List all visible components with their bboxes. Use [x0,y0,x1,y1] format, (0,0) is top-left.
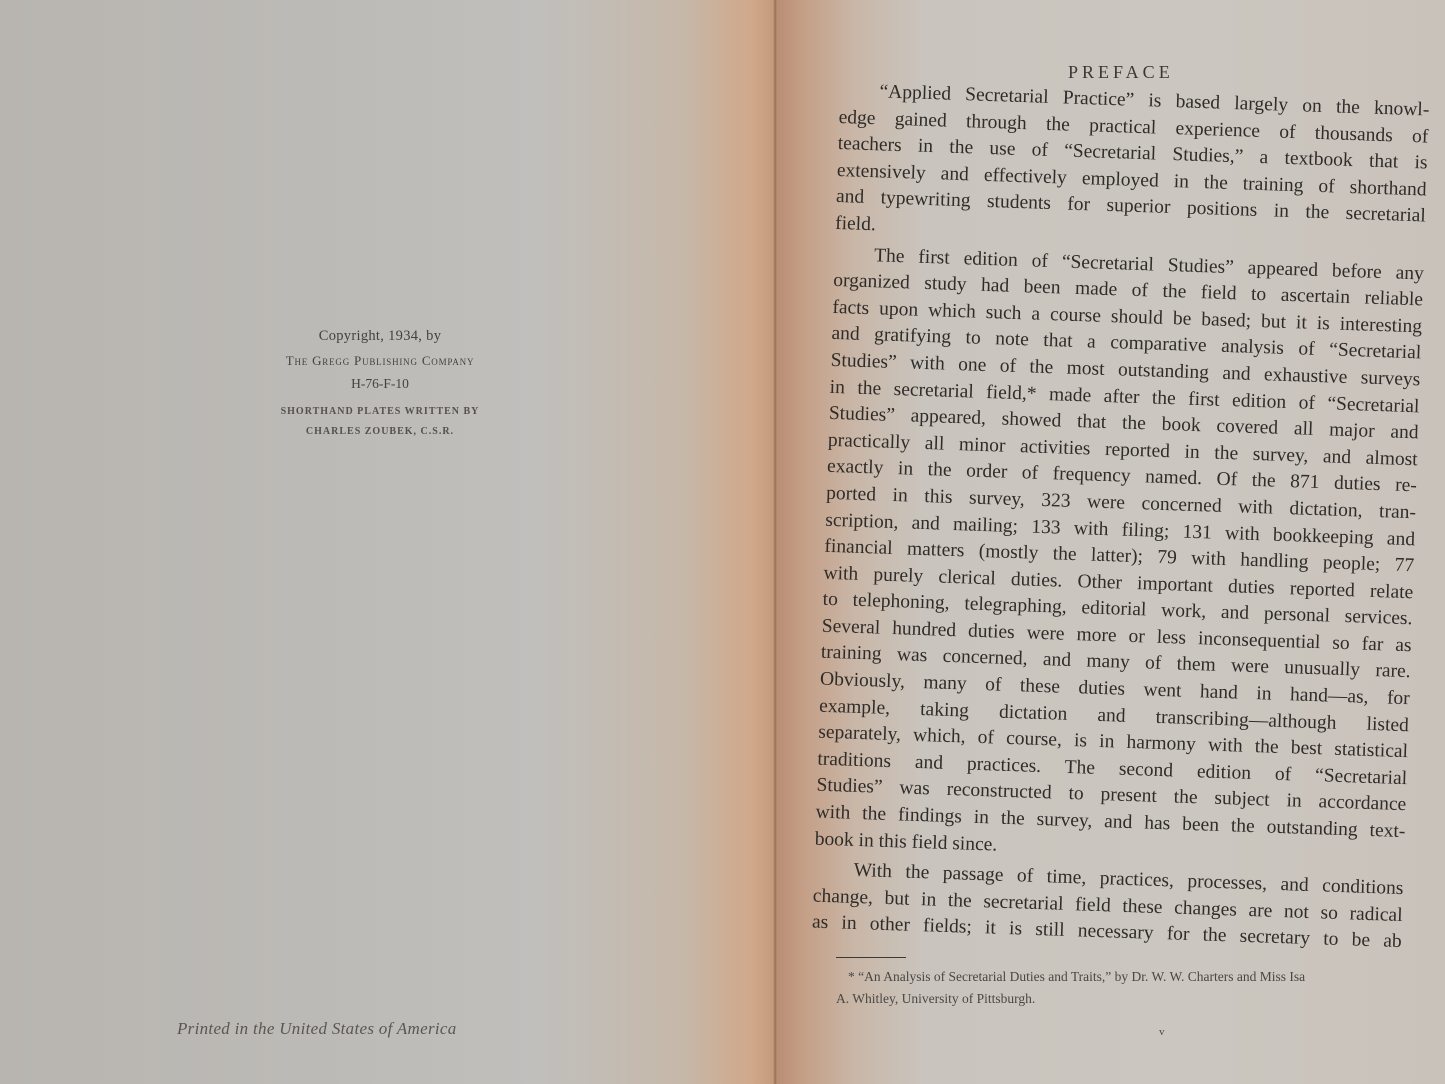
copyright-line: Copyright, 1934, by [230,328,530,345]
preface-body: “Applied Secretarial Practice” is based … [812,78,1430,956]
footnote-divider [836,957,906,958]
footnote-line: * “An Analysis of Secretarial Duties and… [836,966,1305,988]
left-page: Copyright, 1934, by The Gregg Publishing… [0,0,775,1084]
footnote-line: A. Whitley, University of Pittsburgh. [836,988,1305,1010]
publisher-name: The Gregg Publishing Company [230,353,530,369]
printed-in-line: Printed in the United States of America [177,1019,457,1039]
page-number: v [1159,1026,1165,1038]
footnote: * “An Analysis of Secretarial Duties and… [836,966,1305,1010]
page-title: PREFACE [1068,62,1174,83]
copyright-imprint: Copyright, 1934, by The Gregg Publishing… [230,328,530,437]
book-gutter [773,0,777,1084]
plates-credit: Shorthand plates written by [230,406,530,417]
plates-writer: Charles Zoubek, C.S.R. [230,426,530,437]
open-book-spread: Copyright, 1934, by The Gregg Publishing… [0,0,1445,1084]
edition-code: H-76-F-10 [230,376,530,392]
